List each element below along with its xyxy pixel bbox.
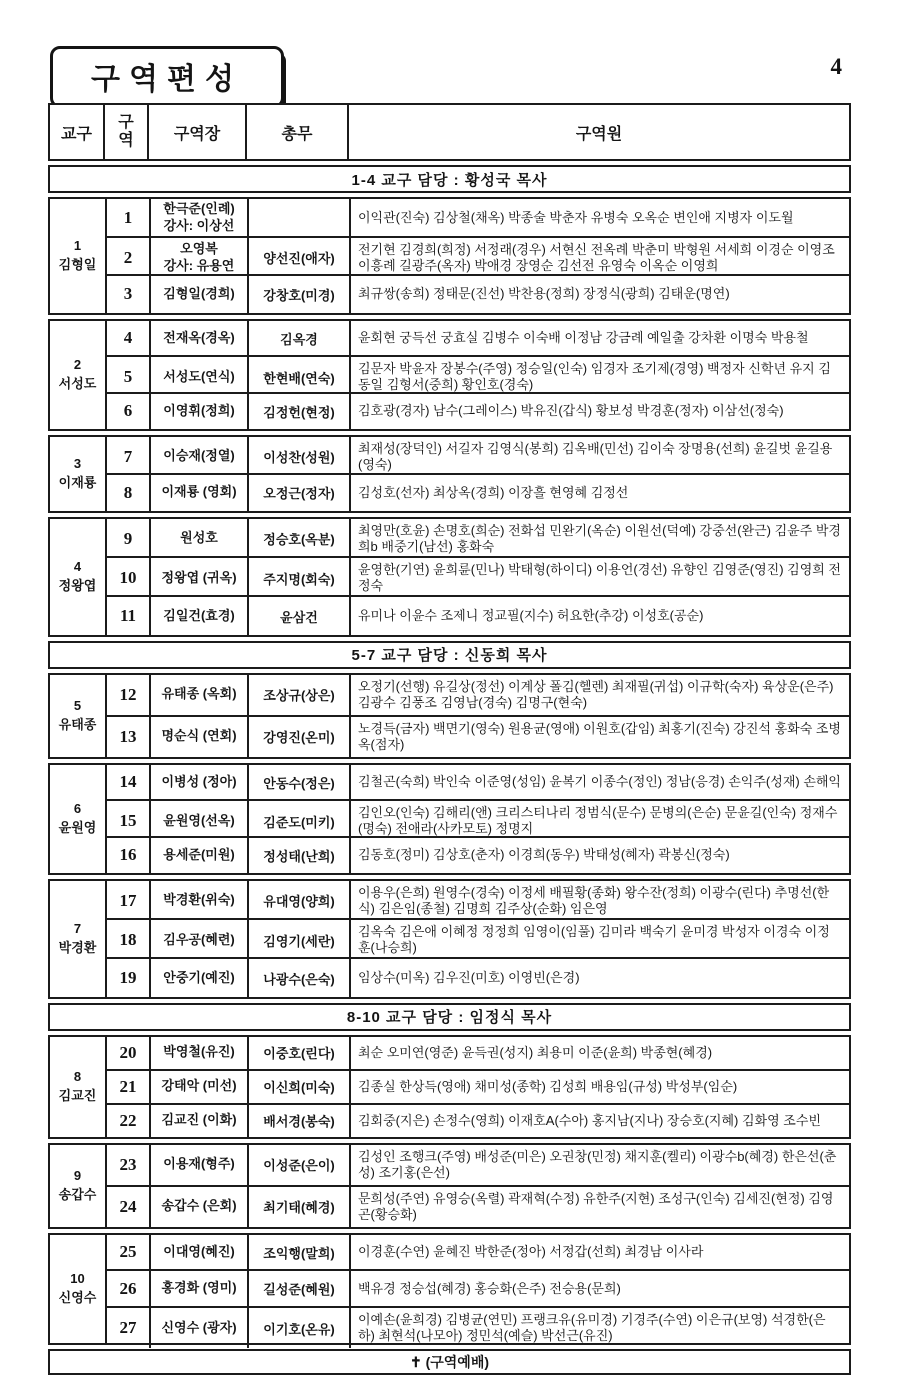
group-rows: 20박영철(유진)이중호(린다)최순 오미연(영준) 윤득권(성지) 최용미 이… xyxy=(107,1037,849,1137)
parish-group: 2서성도4전재옥(경옥)김옥경윤회현 궁득선 궁효실 김병수 이숙배 이정남 강… xyxy=(48,319,851,431)
parish-label-cell: 10신영수 xyxy=(50,1235,107,1343)
district-number-cell: 10 xyxy=(107,558,151,598)
table-header-row: 교구 구역 구역장 총무 구역원 xyxy=(48,103,851,161)
leader-name: 강태악 (미선) xyxy=(161,1078,236,1095)
secretary-cell: 배서경(봉숙) xyxy=(249,1105,351,1137)
district-number-cell: 27 xyxy=(107,1308,151,1348)
leader-name: 김교진 (이화) xyxy=(161,1112,236,1129)
leader-name: 김일건(효경) xyxy=(163,608,234,625)
district-number-cell: 3 xyxy=(107,276,151,313)
table-row: 10정왕엽 (귀옥)주지명(회숙)윤영한(기연) 윤희륜(민나) 박태형(하이디… xyxy=(107,556,849,595)
table-row: 25이대영(혜진)조익행(말희)이경훈(수연) 윤혜진 박한준(정아) 서정갑(… xyxy=(107,1235,849,1270)
parish-label-cell: 8김교진 xyxy=(50,1037,107,1137)
secretary-cell: 이기호(온유) xyxy=(249,1308,351,1348)
table-row: 9원성호정승호(옥분)최영만(호윤) 손명호(희순) 전화섭 민완기(옥순) 이… xyxy=(107,519,849,556)
secretary-cell: 이중호(린다) xyxy=(249,1037,351,1069)
members-cell: 윤회현 궁득선 궁효실 김병수 이숙배 이정남 강금례 예일출 강차환 이명숙 … xyxy=(351,321,849,356)
members-cell: 이익관(진숙) 김상철(채옥) 박종술 박춘자 유병숙 오옥순 변인애 지병자 … xyxy=(351,199,849,237)
members-cell: 김옥숙 김은애 이혜정 정정희 임영이(임풀) 김미라 백숙기 윤미경 박성자 … xyxy=(351,920,849,960)
district-leader-cell: 이승재(정열) xyxy=(151,437,249,477)
leader-name: 박영철(유진) xyxy=(163,1044,234,1061)
leader-name: 용세준(미원) xyxy=(163,847,234,864)
members-cell: 노경득(금자) 백면기(영숙) 원용균(영애) 이원호(갑임) 최홍기(진숙) … xyxy=(351,717,849,757)
table-row: 17박경환(위숙)유대영(양희)이용우(은희) 원영수(경숙) 이정세 배필황(… xyxy=(107,881,849,918)
parish-label-cell: 5유태종 xyxy=(50,675,107,757)
parish-name: 유태종 xyxy=(59,716,97,735)
secretary-cell: 최기태(혜경) xyxy=(249,1187,351,1227)
table-row: 5서성도(연식)한현배(연숙)김문자 박윤자 장봉수(주영) 정승일(인숙) 임… xyxy=(107,355,849,392)
table-row: 20박영철(유진)이중호(린다)최순 오미연(영준) 윤득권(성지) 최용미 이… xyxy=(107,1037,849,1069)
district-number-cell: 4 xyxy=(107,321,151,356)
parish-name: 송갑수 xyxy=(59,1186,97,1205)
secretary-cell: 김영기(세란) xyxy=(249,920,351,960)
table-row: 7이승재(정열)이성찬(성원)최재성(장덕인) 서길자 김영식(봉희) 김옥배(… xyxy=(107,437,849,473)
secretary-cell: 오정근(정자) xyxy=(249,475,351,511)
parish-label-cell: 7박경환 xyxy=(50,881,107,997)
table-row: 15윤원영(선옥)김준도(미키)김인오(인숙) 김해리(앤) 크리스티나리 정범… xyxy=(107,799,849,836)
parish-number: 3 xyxy=(74,455,81,474)
members-cell: 윤영한(기연) 윤희륜(민나) 박태형(하이디) 이용언(경선) 유향인 김영준… xyxy=(351,558,849,598)
secretary-cell: 김옥경 xyxy=(249,321,351,356)
parish-group: 5유태종12유태종 (옥회)조상규(상은)오정기(선행) 유길상(정선) 이계상… xyxy=(48,673,851,759)
district-number-cell: 17 xyxy=(107,881,151,921)
leader-name: 홍경화 (영미) xyxy=(161,1280,236,1297)
district-leader-cell: 안중기(예진) xyxy=(151,959,249,996)
members-cell: 최규쌍(송희) 정태문(진선) 박찬용(정희) 장정식(광희) 김태운(명연) xyxy=(351,276,849,313)
group-rows: 17박경환(위숙)유대영(양희)이용우(은희) 원영수(경숙) 이정세 배필황(… xyxy=(107,881,849,997)
parish-label-cell: 3이재룡 xyxy=(50,437,107,511)
district-leader-cell: 용세준(미원) xyxy=(151,838,249,873)
table-row: 12유태종 (옥회)조상규(상은)오정기(선행) 유길상(정선) 이계상 폴김(… xyxy=(107,675,849,715)
table-row: 23이용재(형주)이성준(은이)김성인 조행크(주영) 배성준(미은) 오권창(… xyxy=(107,1145,849,1185)
leader-name: 명순식 (연회) xyxy=(161,728,236,745)
parish-name: 박경환 xyxy=(59,939,97,958)
leader-name: 신영수 (광자) xyxy=(161,1320,236,1337)
members-cell: 최재성(장덕인) 서길자 김영식(봉희) 김옥배(민선) 김이숙 장명용(선희)… xyxy=(351,437,849,477)
parish-group: 4정왕엽9원성호정승호(옥분)최영만(호윤) 손명호(희순) 전화섭 민완기(옥… xyxy=(48,517,851,637)
leader-name: 박경환(위숙) xyxy=(163,892,234,909)
leader-name: 이영휘(정희) xyxy=(163,403,234,420)
leader-name: 이재룡 (영회) xyxy=(161,484,236,501)
secretary-cell: 김정헌(현정) xyxy=(249,394,351,429)
table-row: 26홍경화 (영미)길성준(혜원)백유경 정승섭(혜경) 홍승화(은주) 전승용… xyxy=(107,1269,849,1306)
district-number-cell: 19 xyxy=(107,959,151,996)
members-cell: 백유경 정승섭(혜경) 홍승화(은주) 전승용(문희) xyxy=(351,1271,849,1306)
district-number-cell: 6 xyxy=(107,394,151,429)
secretary-cell: 정성태(난희) xyxy=(249,838,351,873)
parish-number: 5 xyxy=(74,697,81,716)
parish-label-cell: 9송갑수 xyxy=(50,1145,107,1227)
leader-name: 김우공(혜련) xyxy=(163,932,234,949)
members-cell: 문희성(주연) 유영승(옥렬) 곽재혁(수정) 유한주(지현) 조성구(인숙) … xyxy=(351,1187,849,1227)
members-cell: 김성인 조행크(주영) 배성준(미은) 오권창(민정) 채지훈(켈리) 이광수b… xyxy=(351,1145,849,1185)
parish-label-cell: 4정왕엽 xyxy=(50,519,107,635)
district-leader-cell: 명순식 (연회) xyxy=(151,717,249,757)
district-number-cell: 11 xyxy=(107,597,151,634)
secretary-cell: 이신희(미숙) xyxy=(249,1071,351,1103)
district-leader-cell: 김일건(효경) xyxy=(151,597,249,634)
header-parish: 교구 xyxy=(50,105,105,159)
secretary-cell: 유대영(양희) xyxy=(249,881,351,921)
table-row: 13명순식 (연회)강영진(온미)노경득(금자) 백면기(영숙) 원용균(영애)… xyxy=(107,715,849,757)
parish-name: 정왕엽 xyxy=(59,577,97,596)
table-row: 8이재룡 (영회)오정근(정자)김성호(선자) 최상옥(경희) 이장흘 현영혜 … xyxy=(107,473,849,511)
members-cell: 김회중(지은) 손정수(영희) 이재호A(수아) 홍지남(지나) 장승호(지혜)… xyxy=(351,1105,849,1137)
parish-name: 신영수 xyxy=(59,1289,97,1308)
leader-name: 김형일(경희) xyxy=(163,286,234,303)
leader-name: 원성호 xyxy=(180,530,218,547)
district-leader-cell: 한극준(인례)강사: 이상선 xyxy=(151,199,249,237)
page-number: 4 xyxy=(831,54,843,80)
parish-label-cell: 2서성도 xyxy=(50,321,107,429)
parish-name: 서성도 xyxy=(59,375,97,394)
district-number-cell: 2 xyxy=(107,238,151,278)
district-number-cell: 23 xyxy=(107,1145,151,1185)
leader-name: 서성도(연식) xyxy=(163,369,234,386)
leader-sub-label: 강사: 이상선 xyxy=(164,218,235,235)
secretary-cell: 길성준(혜원) xyxy=(249,1271,351,1306)
parish-label-cell: 1김형일 xyxy=(50,199,107,313)
members-cell: 유미나 이윤수 조제니 정교필(지수) 허요한(추강) 이성호(공순) xyxy=(351,597,849,634)
table-row: 16용세준(미원)정성태(난희)김동호(정미) 김상호(춘자) 이경희(동우) … xyxy=(107,836,849,873)
table-row: 24송갑수 (은회)최기태(혜경)문희성(주연) 유영승(옥렬) 곽재혁(수정)… xyxy=(107,1185,849,1227)
members-cell: 이예손(윤희경) 김병균(연민) 프랭크유(유미경) 기경주(수연) 이은규(보… xyxy=(351,1308,849,1348)
group-rows: 12유태종 (옥회)조상규(상은)오정기(선행) 유길상(정선) 이계상 폴김(… xyxy=(107,675,849,757)
district-number-cell: 12 xyxy=(107,675,151,715)
secretary-cell: 나광수(은숙) xyxy=(249,959,351,996)
district-leader-cell: 전재옥(경옥) xyxy=(151,321,249,356)
parish-number: 9 xyxy=(74,1167,81,1186)
district-table: 교구 구역 구역장 총무 구역원 1-4 교구 담당 : 황성국 목사1김형일1… xyxy=(48,103,851,1379)
leader-name: 전재옥(경옥) xyxy=(163,330,234,347)
members-cell: 김성호(선자) 최상옥(경희) 이장흘 현영혜 김정선 xyxy=(351,475,849,511)
table-row: 4전재옥(경옥)김옥경윤회현 궁득선 궁효실 김병수 이숙배 이정남 강금례 예… xyxy=(107,321,849,356)
district-leader-cell: 김형일(경희) xyxy=(151,276,249,313)
group-rows: 14이병성 (정아)안동수(정은)김철곤(숙희) 박인숙 이준영(성임) 윤복기… xyxy=(107,765,849,873)
district-number-cell: 14 xyxy=(107,765,151,800)
members-cell: 최영만(호윤) 손명호(희순) 전화섭 민완기(옥순) 이원선(덕예) 강중선(… xyxy=(351,519,849,559)
parish-group: 10신영수25이대영(혜진)조익행(말희)이경훈(수연) 윤혜진 박한준(정아)… xyxy=(48,1233,851,1345)
section-banner: 8-10 교구 담당 : 임정식 목사 xyxy=(48,1003,851,1031)
district-number-cell: 25 xyxy=(107,1235,151,1270)
parish-number: 8 xyxy=(74,1068,81,1087)
secretary-cell: 조상규(상은) xyxy=(249,675,351,715)
leader-name: 이용재(형주) xyxy=(163,1156,234,1173)
group-rows: 7이승재(정열)이성찬(성원)최재성(장덕인) 서길자 김영식(봉희) 김옥배(… xyxy=(107,437,849,511)
members-cell: 김호광(경자) 남수(그레이스) 박유진(갑식) 황보성 박경훈(정자) 이삼선… xyxy=(351,394,849,429)
district-leader-cell: 송갑수 (은회) xyxy=(151,1187,249,1227)
parish-number: 7 xyxy=(74,920,81,939)
header-secretary: 총무 xyxy=(247,105,349,159)
parish-group: 8김교진20박영철(유진)이중호(린다)최순 오미연(영준) 윤득권(성지) 최… xyxy=(48,1035,851,1139)
members-cell: 임상수(미옥) 김우진(미호) 이영빈(은경) xyxy=(351,959,849,996)
parish-name: 이재룡 xyxy=(59,474,97,493)
leader-name: 안중기(예진) xyxy=(163,970,234,987)
header-members: 구역원 xyxy=(349,105,849,159)
table-row: 18김우공(혜련)김영기(세란)김옥숙 김은애 이혜정 정정희 임영이(임풀) … xyxy=(107,918,849,957)
district-leader-cell: 이병성 (정아) xyxy=(151,765,249,800)
district-number-cell: 1 xyxy=(107,199,151,237)
parish-number: 4 xyxy=(74,558,81,577)
parish-group: 1김형일1한극준(인례)강사: 이상선이익관(진숙) 김상철(채옥) 박종술 박… xyxy=(48,197,851,315)
table-row: 21강태악 (미선)이신희(미숙)김종실 한상득(영애) 채미성(종학) 김성희… xyxy=(107,1069,849,1103)
district-number-cell: 16 xyxy=(107,838,151,873)
leader-name: 이병성 (정아) xyxy=(161,774,236,791)
district-leader-cell: 김교진 (이화) xyxy=(151,1105,249,1137)
leader-name: 이대영(혜진) xyxy=(163,1244,234,1261)
district-leader-cell: 이대영(혜진) xyxy=(151,1235,249,1270)
district-leader-cell: 오영복강사: 유용연 xyxy=(151,238,249,278)
leader-sub-label: 강사: 유용연 xyxy=(164,258,235,275)
header-district: 구역 xyxy=(105,105,149,159)
members-cell: 전기현 김경희(희정) 서정래(경우) 서현신 전옥례 박춘미 박형원 서세희 … xyxy=(351,238,849,278)
secretary-cell: 주지명(회숙) xyxy=(249,558,351,598)
group-rows: 4전재옥(경옥)김옥경윤회현 궁득선 궁효실 김병수 이숙배 이정남 강금례 예… xyxy=(107,321,849,429)
secretary-cell: 강창호(미경) xyxy=(249,276,351,313)
leader-name: 송갑수 (은회) xyxy=(161,1198,236,1215)
group-rows: 1한극준(인례)강사: 이상선이익관(진숙) 김상철(채옥) 박종술 박춘자 유… xyxy=(107,199,849,313)
members-cell: 김종실 한상득(영애) 채미성(종학) 김성희 배용임(규성) 박성부(임순) xyxy=(351,1071,849,1103)
district-leader-cell: 박영철(유진) xyxy=(151,1037,249,1069)
document-page: 구역편성 4 교구 구역 구역장 총무 구역원 1-4 교구 담당 : 황성국 … xyxy=(0,0,900,1390)
members-cell: 최순 오미연(영준) 윤득권(성지) 최용미 이준(윤희) 박종현(혜경) xyxy=(351,1037,849,1069)
district-leader-cell: 유태종 (옥회) xyxy=(151,675,249,715)
parish-number: 10 xyxy=(70,1270,84,1289)
parish-name: 김형일 xyxy=(59,256,97,275)
page-title: 구역편성 xyxy=(91,54,243,98)
district-number-cell: 26 xyxy=(107,1271,151,1306)
leader-name: 오영복 xyxy=(180,241,218,258)
leader-name: 유태종 (옥회) xyxy=(161,686,236,703)
district-number-cell: 8 xyxy=(107,475,151,511)
leader-name: 이승재(정열) xyxy=(163,448,234,465)
district-number-cell: 21 xyxy=(107,1071,151,1103)
table-row: 14이병성 (정아)안동수(정은)김철곤(숙희) 박인숙 이준영(성임) 윤복기… xyxy=(107,765,849,800)
district-leader-cell: 정왕엽 (귀옥) xyxy=(151,558,249,598)
secretary-cell: 이성찬(성원) xyxy=(249,437,351,477)
secretary-cell: 조익행(말희) xyxy=(249,1235,351,1270)
page-title-box: 구역편성 xyxy=(50,46,284,108)
table-row: 6이영휘(정희)김정헌(현정)김호광(경자) 남수(그레이스) 박유진(갑식) … xyxy=(107,392,849,429)
district-number-cell: 18 xyxy=(107,920,151,960)
parish-group: 6윤원영14이병성 (정아)안동수(정은)김철곤(숙희) 박인숙 이준영(성임)… xyxy=(48,763,851,875)
section-banner: 1-4 교구 담당 : 황성국 목사 xyxy=(48,165,851,193)
parish-label-cell: 6윤원영 xyxy=(50,765,107,873)
group-rows: 25이대영(혜진)조익행(말희)이경훈(수연) 윤혜진 박한준(정아) 서정갑(… xyxy=(107,1235,849,1343)
members-cell: 이경훈(수연) 윤혜진 박한준(정아) 서정갑(선희) 최경남 이사라 xyxy=(351,1235,849,1270)
header-leader: 구역장 xyxy=(149,105,247,159)
parish-number: 2 xyxy=(74,356,81,375)
district-leader-cell: 강태악 (미선) xyxy=(151,1071,249,1103)
leader-name: 윤원영(선옥) xyxy=(163,813,234,830)
table-row: 27신영수 (광자)이기호(온유)이예손(윤희경) 김병균(연민) 프랭크유(유… xyxy=(107,1306,849,1343)
district-leader-cell: 이용재(형주) xyxy=(151,1145,249,1185)
secretary-cell: 안동수(정은) xyxy=(249,765,351,800)
group-rows: 23이용재(형주)이성준(은이)김성인 조행크(주영) 배성준(미은) 오권창(… xyxy=(107,1145,849,1227)
district-number-cell: 22 xyxy=(107,1105,151,1137)
section-banner: 5-7 교구 담당 : 신동희 목사 xyxy=(48,641,851,669)
parish-name: 윤원영 xyxy=(59,819,97,838)
secretary-cell: 양선진(애자) xyxy=(249,238,351,278)
table-row: 2오영복강사: 유용연양선진(애자)전기현 김경희(희정) 서정래(경우) 서현… xyxy=(107,236,849,275)
members-cell: 김철곤(숙희) 박인숙 이준영(성임) 윤복기 이종수(정인) 정남(응경) 손… xyxy=(351,765,849,800)
district-leader-cell: 박경환(위숙) xyxy=(151,881,249,921)
secretary-cell: 정승호(옥분) xyxy=(249,519,351,559)
secretary-cell: 이성준(은이) xyxy=(249,1145,351,1185)
district-number-cell: 20 xyxy=(107,1037,151,1069)
secretary-cell: 강영진(온미) xyxy=(249,717,351,757)
parish-group: 3이재룡7이승재(정열)이성찬(성원)최재성(장덕인) 서길자 김영식(봉희) … xyxy=(48,435,851,513)
table-row: 11김일건(효경)윤삼건유미나 이윤수 조제니 정교필(지수) 허요한(추강) … xyxy=(107,595,849,634)
parish-group: 7박경환17박경환(위숙)유대영(양희)이용우(은희) 원영수(경숙) 이정세 … xyxy=(48,879,851,999)
members-cell: 이용우(은희) 원영수(경숙) 이정세 배필황(종화) 왕수잔(정희) 이광수(… xyxy=(351,881,849,921)
leader-name: 한극준(인례) xyxy=(163,201,234,218)
table-footer: ✝ (구역예배) xyxy=(48,1349,851,1375)
parish-number: 1 xyxy=(74,237,81,256)
district-leader-cell: 이영휘(정희) xyxy=(151,394,249,429)
leader-name: 정왕엽 (귀옥) xyxy=(161,570,236,587)
district-number-cell: 9 xyxy=(107,519,151,559)
district-number-cell: 13 xyxy=(107,717,151,757)
district-leader-cell: 원성호 xyxy=(151,519,249,559)
district-leader-cell: 홍경화 (영미) xyxy=(151,1271,249,1306)
members-cell: 김동호(정미) 김상호(춘자) 이경희(동우) 박태성(혜자) 곽봉신(정숙) xyxy=(351,838,849,873)
table-row: 1한극준(인례)강사: 이상선이익관(진숙) 김상철(채옥) 박종술 박춘자 유… xyxy=(107,199,849,236)
district-number-cell: 7 xyxy=(107,437,151,477)
parish-group: 9송갑수23이용재(형주)이성준(은이)김성인 조행크(주영) 배성준(미은) … xyxy=(48,1143,851,1229)
parish-name: 김교진 xyxy=(59,1087,97,1106)
table-row: 19안중기(예진)나광수(은숙)임상수(미옥) 김우진(미호) 이영빈(은경) xyxy=(107,957,849,996)
district-leader-cell: 김우공(혜련) xyxy=(151,920,249,960)
secretary-cell xyxy=(249,199,351,237)
table-row: 22김교진 (이화)배서경(봉숙)김회중(지은) 손정수(영희) 이재호A(수아… xyxy=(107,1103,849,1137)
district-leader-cell: 신영수 (광자) xyxy=(151,1308,249,1348)
members-cell: 오정기(선행) 유길상(정선) 이계상 폴김(헬렌) 최재필(귀섭) 이규학(숙… xyxy=(351,675,849,715)
secretary-cell: 윤삼건 xyxy=(249,597,351,634)
district-number-cell: 24 xyxy=(107,1187,151,1227)
district-leader-cell: 이재룡 (영회) xyxy=(151,475,249,511)
table-row: 3김형일(경희)강창호(미경)최규쌍(송희) 정태문(진선) 박찬용(정희) 장… xyxy=(107,274,849,313)
group-rows: 9원성호정승호(옥분)최영만(호윤) 손명호(희순) 전화섭 민완기(옥순) 이… xyxy=(107,519,849,635)
parish-number: 6 xyxy=(74,800,81,819)
